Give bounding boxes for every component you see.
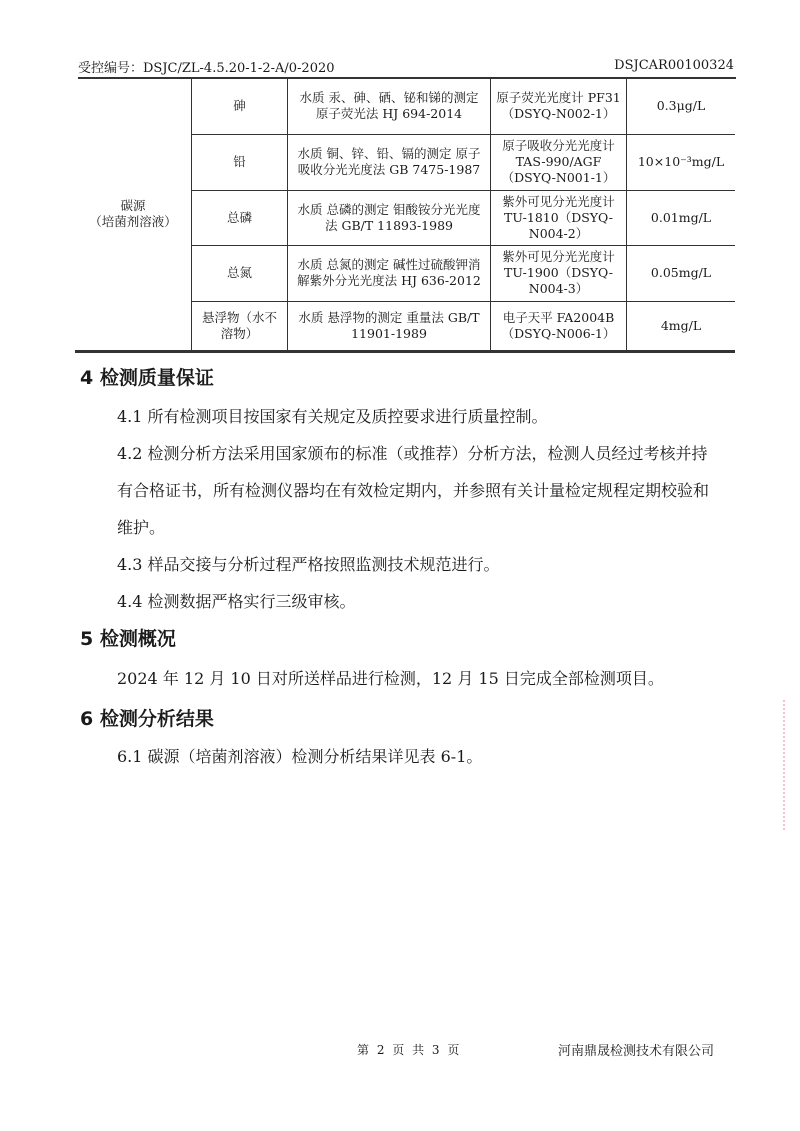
item-cell: 悬浮物（水不溶物）	[192, 301, 288, 351]
detection-limit-cell: 10×10⁻³mg/L	[627, 134, 736, 190]
item-cell: 砷	[192, 78, 288, 134]
paragraph-4-3: 4.3 样品交接与分析过程严格按照监测技术规范进行。	[80, 546, 720, 583]
detection-limit-cell: 0.05mg/L	[627, 245, 736, 301]
table-row: 碳源 （培菌剂溶液） 砷 水质 汞、砷、硒、铋和锑的测定 原子荧光法 HJ 69…	[75, 78, 735, 134]
page-number: 第 2 页 共 3 页	[357, 1041, 461, 1058]
instrument-cell: 电子天平 FA2004B（DSYQ-N006-1）	[491, 301, 627, 351]
section-5-body: 2024 年 12 月 10 日对所送样品进行检测，12 月 15 日完成全部检…	[80, 660, 720, 697]
method-cell: 水质 汞、砷、硒、铋和锑的测定 原子荧光法 HJ 694-2014	[288, 78, 491, 134]
detection-limit-cell: 0.3μg/L	[627, 78, 736, 134]
section-4-heading: 4 检测质量保证	[80, 363, 214, 390]
instrument-cell: 紫外可见分光光度计 TU-1810（DSYQ-N004-2）	[491, 190, 627, 245]
section-6-heading: 6 检测分析结果	[80, 704, 214, 731]
control-number: 受控编号：DSJC/ZL-4.5.20-1-2-A/0-2020	[78, 57, 335, 76]
item-cell: 总磷	[192, 190, 288, 245]
detection-limit-cell: 0.01mg/L	[627, 190, 736, 245]
method-cell: 水质 总磷的测定 钼酸铵分光光度法 GB/T 11893-1989	[288, 190, 491, 245]
section-6-body: 6.1 碳源（培菌剂溶液）检测分析结果详见表 6-1。	[80, 738, 720, 775]
instrument-cell: 原子荧光光度计 PF31（DSYQ-N002-1）	[491, 78, 627, 134]
report-number: DSJCAR00100324	[614, 58, 734, 73]
seal-stamp-edge	[783, 700, 799, 830]
company-name: 河南鼎晟检测技术有限公司	[558, 1040, 714, 1059]
section-5-heading: 5 检测概况	[80, 624, 176, 651]
paragraph-4-4: 4.4 检测数据严格实行三级审核。	[80, 583, 720, 620]
instrument-cell: 紫外可见分光光度计 TU-1900（DSYQ-N004-3）	[491, 245, 627, 301]
page-header: 受控编号：DSJC/ZL-4.5.20-1-2-A/0-2020 DSJCAR0…	[78, 55, 736, 79]
method-cell: 水质 悬浮物的测定 重量法 GB/T 11901-1989	[288, 301, 491, 351]
method-cell: 水质 铜、锌、铅、镉的测定 原子吸收分光光度法 GB 7475-1987	[288, 134, 491, 190]
paragraph-6-1: 6.1 碳源（培菌剂溶液）检测分析结果详见表 6-1。	[80, 738, 720, 775]
paragraph-4-2: 4.2 检测分析方法采用国家颁布的标准（或推荐）分析方法，检测人员经过考核并持有…	[80, 435, 720, 546]
paragraph-4-1: 4.1 所有检测项目按国家有关规定及质控要求进行质量控制。	[80, 398, 720, 435]
method-cell: 水质 总氮的测定 碱性过硫酸钾消解紫外分光光度法 HJ 636-2012	[288, 245, 491, 301]
detection-limit-cell: 4mg/L	[627, 301, 736, 351]
section-4-body: 4.1 所有检测项目按国家有关规定及质控要求进行质量控制。 4.2 检测分析方法…	[80, 398, 720, 620]
instrument-cell: 原子吸收分光光度计 TAS-990/AGF（DSYQ-N001-1）	[491, 134, 627, 190]
item-cell: 铅	[192, 134, 288, 190]
paragraph-5-1: 2024 年 12 月 10 日对所送样品进行检测，12 月 15 日完成全部检…	[80, 660, 720, 697]
methods-table: 碳源 （培菌剂溶液） 砷 水质 汞、砷、硒、铋和锑的测定 原子荧光法 HJ 69…	[75, 78, 735, 353]
sample-category-cell: 碳源 （培菌剂溶液）	[75, 78, 192, 351]
item-cell: 总氮	[192, 245, 288, 301]
